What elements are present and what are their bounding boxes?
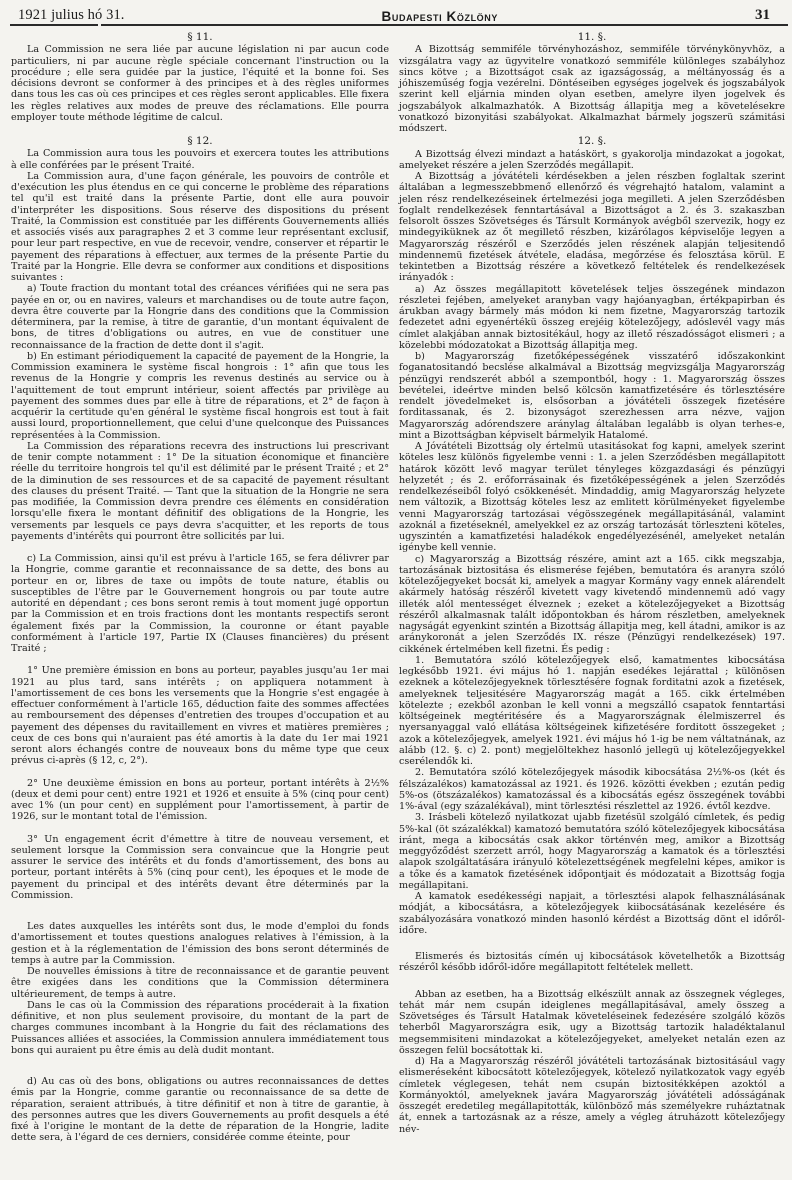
paragraph: c) Magyarország a Bizottság részére, ami… (399, 554, 785, 655)
header-rule-right (101, 24, 788, 26)
spacer (11, 123, 389, 134)
french-column: § 11. La Commission ne sera liée par auc… (11, 30, 389, 1144)
section-heading-12-hu: 12. §. (399, 136, 785, 147)
paragraph: b) En estimant périodiquement la capacit… (11, 351, 389, 441)
paragraph: Elismerés és biztositás címén uj kibocsá… (399, 951, 785, 974)
paragraph: 2. Bemutatóra szóló kötelezőjegyek másod… (399, 767, 785, 812)
paragraph: La Commission aura tous les pouvoirs et … (11, 148, 389, 171)
paragraph: Les dates auxquelles les intérêts sont d… (11, 921, 389, 966)
publication-title: Budapesti Közlöny (382, 9, 498, 24)
paragraph: Abban az esetben, ha a Bizottság elkészü… (399, 989, 785, 1057)
paragraph: La Commission des réparations recevra de… (11, 441, 389, 542)
paragraph: 1° Une première émission en bons au port… (11, 665, 389, 766)
paragraph: 2° Une deuxième émission en bons au port… (11, 778, 389, 823)
paragraph: b) Magyarország fizetőképességének vissz… (399, 351, 785, 441)
paragraph: 3. Irásbeli kötelező nyilatkozat ujabb f… (399, 812, 785, 891)
paragraph: a) Toute fraction du montant total des c… (11, 283, 389, 351)
paragraph: A Bizottság élvezi mindazt a hatáskört, … (399, 149, 785, 172)
paragraph: c) La Commission, ainsi qu'il est prévu … (11, 553, 389, 654)
paragraph: d) Ha a Magyarország részéről jóvátételi… (399, 1056, 785, 1135)
paragraph: a) Az összes megállapitott követelések t… (399, 284, 785, 352)
paragraph: La Commission ne sera liée par aucune lé… (11, 44, 389, 123)
spacer (11, 542, 389, 553)
paragraph: A Bizottság a jóvátételi kérdésekben a j… (399, 171, 785, 284)
issue-date: 1921 julius hó 31. (10, 7, 125, 24)
spacer (399, 974, 785, 989)
section-heading-11-fr: § 11. (11, 32, 389, 43)
paragraph: A kamatok esedékességi napjait, a törles… (399, 891, 785, 936)
header-rule-left (10, 24, 98, 26)
paragraph: La Commission aura, d'une façon générale… (11, 171, 389, 284)
spacer (399, 936, 785, 951)
spacer (11, 1056, 389, 1076)
paragraph: A Bizottság semmiféle törvényhozáshoz, s… (399, 44, 785, 134)
spacer (11, 767, 389, 778)
paragraph: 1. Bemutatóra szóló kötelezőjegyek első,… (399, 655, 785, 768)
paragraph: d) Au cas où des bons, obligations ou au… (11, 1076, 389, 1144)
paragraph: Dans le cas où la Commission des réparat… (11, 1000, 389, 1056)
spacer (11, 901, 389, 921)
spacer (11, 823, 389, 834)
paragraph: A Jóvátételi Bizottság oly értelmü utasi… (399, 441, 785, 554)
section-heading-11-hu: 11. §. (399, 32, 785, 43)
hungarian-column: 11. §. A Bizottság semmiféle törvényhozá… (399, 30, 785, 1135)
newspaper-page: 1921 julius hó 31. Budapesti Közlöny 31 … (0, 0, 792, 1180)
page-header: 1921 julius hó 31. Budapesti Közlöny 31 (10, 0, 784, 24)
page-number: 31 (755, 7, 784, 24)
spacer (11, 654, 389, 665)
paragraph: De nouvelles émissions à titre de reconn… (11, 966, 389, 1000)
section-heading-12-fr: § 12. (11, 136, 389, 147)
paragraph: 3° Un engagement écrit d'émettre à titre… (11, 834, 389, 902)
